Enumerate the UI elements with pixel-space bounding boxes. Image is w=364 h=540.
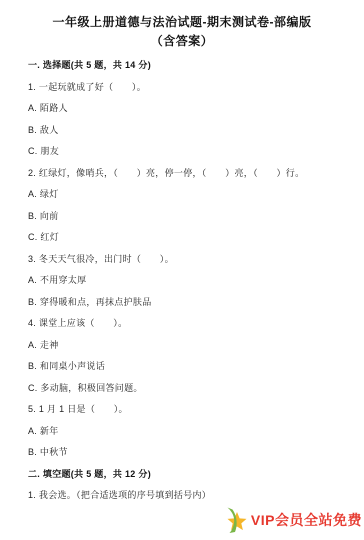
document-line: C. 红灯 (28, 232, 348, 244)
document-line: B. 和同桌小声说话 (28, 361, 348, 373)
document-body: 一. 选择题(共 5 题，共 14 分) 1. 一起玩就成了好（ ）。 A. 陌… (0, 51, 364, 502)
document-line: C. 多动脑，积极回答问题。 (28, 383, 348, 395)
vip-star-icon (223, 506, 249, 534)
page-title: 一年级上册道德与法治试题-期末测试卷-部编版 （含答案） (0, 0, 364, 51)
document-line: A. 不用穿太厚 (28, 275, 348, 287)
document-line: A. 绿灯 (28, 189, 348, 201)
document-line: 3. 冬天天气很冷，出门时（ ）。 (28, 254, 348, 266)
document-line: 1. 我会选。（把合适选项的序号填到括号内） (28, 490, 348, 502)
document-line: 2. 红绿灯，像哨兵，（ ）亮，停一停，（ ）亮，（ ）行。 (28, 168, 348, 180)
document-line: A. 新年 (28, 426, 348, 438)
document-line: 4. 课堂上应该（ ）。 (28, 318, 348, 330)
document-line: A. 走神 (28, 340, 348, 352)
test-paper-page: 一年级上册道德与法治试题-期末测试卷-部编版 （含答案） 一. 选择题(共 5 … (0, 0, 364, 540)
document-line: 5. 1 月 1 日是（ ）。 (28, 404, 348, 416)
document-line: 一. 选择题(共 5 题，共 14 分) (28, 60, 348, 72)
page-title-line-2: （含答案） (0, 32, 364, 51)
document-line: 二. 填空题(共 5 题，共 12 分) (28, 469, 348, 481)
document-line: B. 中秋节 (28, 447, 348, 459)
document-line: B. 穿得暖和点，再抹点护肤品 (28, 297, 348, 309)
document-line: C. 朋友 (28, 146, 348, 158)
document-line: 1. 一起玩就成了好（ ）。 (28, 82, 348, 94)
vip-watermark-text: VIP会员全站免费 (251, 506, 362, 534)
vip-watermark-badge[interactable]: VIP会员全站免费 (223, 506, 362, 534)
document-line: B. 向前 (28, 211, 348, 223)
page-title-line-1: 一年级上册道德与法治试题-期末测试卷-部编版 (0, 13, 364, 32)
document-line: B. 敌人 (28, 125, 348, 137)
document-line: A. 陌路人 (28, 103, 348, 115)
